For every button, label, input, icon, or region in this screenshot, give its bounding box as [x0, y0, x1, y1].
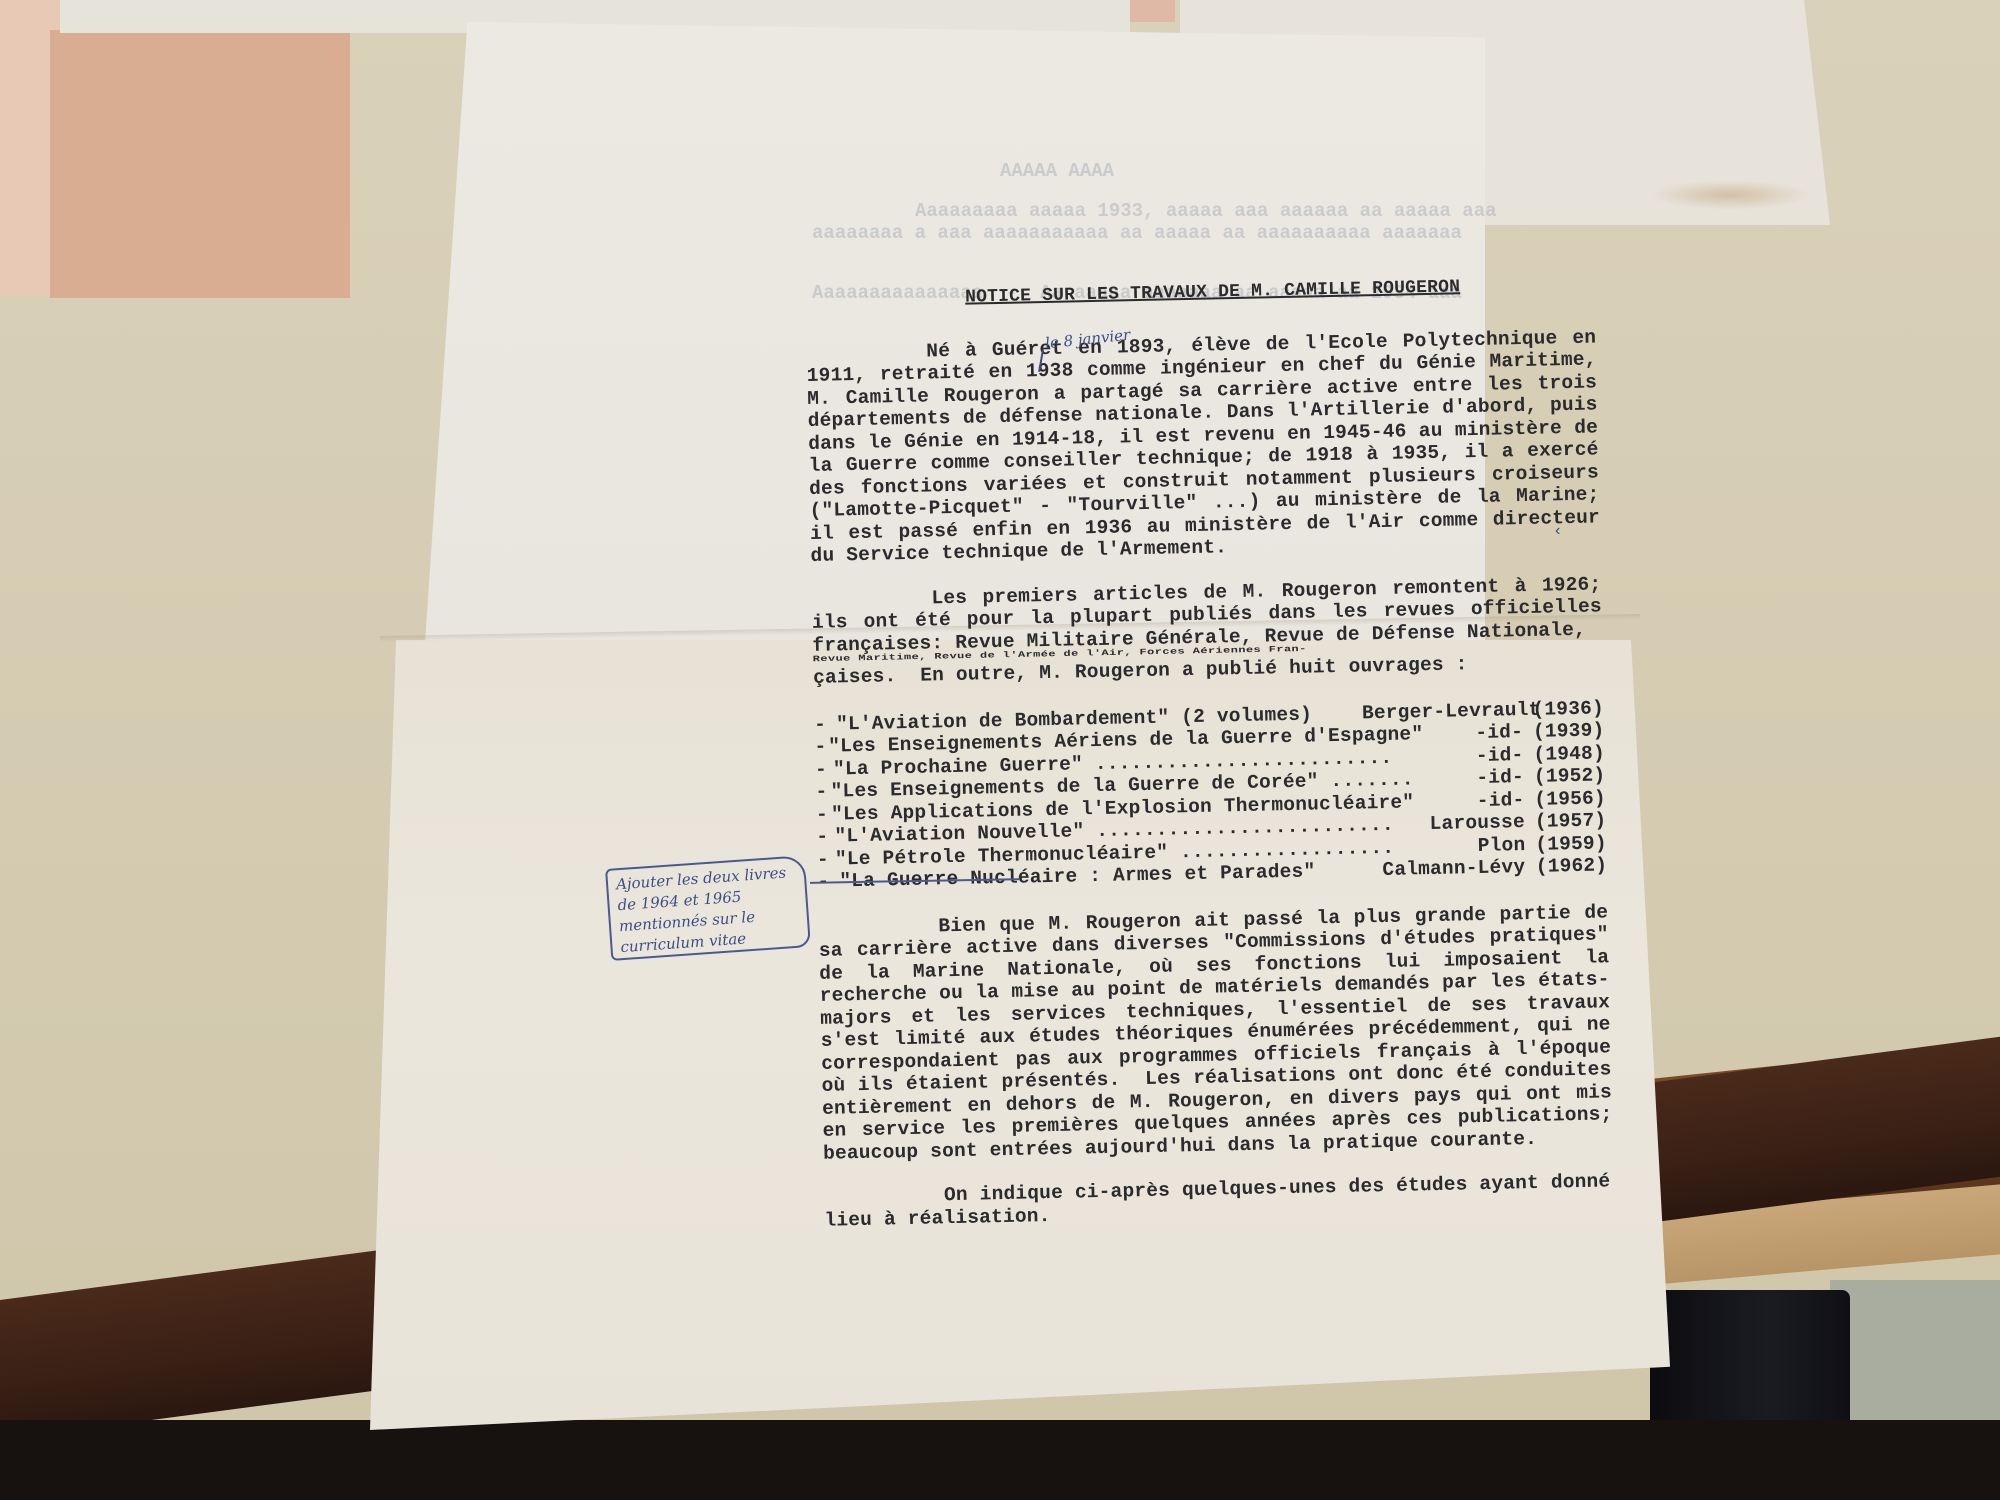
bleed-through-heading: AAAAA AAAA: [1000, 160, 1114, 182]
bleed-through-line: Aaaaaaaaa aaaaa 1933, aaaaa aaa aaaaaa a…: [915, 200, 1497, 222]
book-publisher: Plon: [1394, 833, 1536, 858]
handwritten-margin-note: Ajouter les deux livres de 1964 et 1965 …: [605, 855, 811, 961]
pink-folder: [50, 30, 350, 298]
pink-strip-top: [1130, 0, 1175, 22]
book-publisher: -id-: [1414, 788, 1535, 813]
book-publisher: Calmann-Lévy: [1365, 856, 1535, 882]
book-year: (1948): [1533, 742, 1605, 766]
photo-scene: AAAAA AAAA Aaaaaaaaa aaaaa 1933, aaaaa a…: [0, 0, 2000, 1500]
book-year: (1956): [1534, 787, 1606, 811]
book-year: (1939): [1533, 719, 1605, 743]
floor-shadow: [0, 1420, 2000, 1500]
book-year: (1959): [1535, 832, 1607, 856]
paragraph-career: Bien que M. Rougeron ait passé la plus g…: [818, 901, 1613, 1165]
book-list: -"L'Aviation de Bombardement" (2 volumes…: [814, 697, 1608, 894]
book-publisher: -id-: [1392, 743, 1534, 768]
book-year: (1957): [1535, 809, 1607, 833]
book-publisher: -id-: [1414, 766, 1535, 791]
book-publisher: -id-: [1423, 721, 1533, 746]
typed-document: NOTICE SUR LES TRAVAUX DE M. CAMILLE ROU…: [805, 273, 1615, 1231]
book-publisher: Larousse: [1394, 811, 1536, 836]
margin-tick-mark: ‹: [1553, 522, 1563, 540]
paper-stain: [1650, 180, 1810, 210]
book-year: (1936): [1532, 697, 1604, 721]
book-year: (1962): [1535, 854, 1607, 878]
book-year: (1952): [1534, 764, 1606, 788]
bleed-through-line: aaaaaaaa a aaa aaaaaaaaaaa aa aaaaa aa a…: [812, 222, 1462, 244]
paragraph-biography: Né à Guéret en 1893, élève de l'Ecole Po…: [806, 326, 1601, 567]
